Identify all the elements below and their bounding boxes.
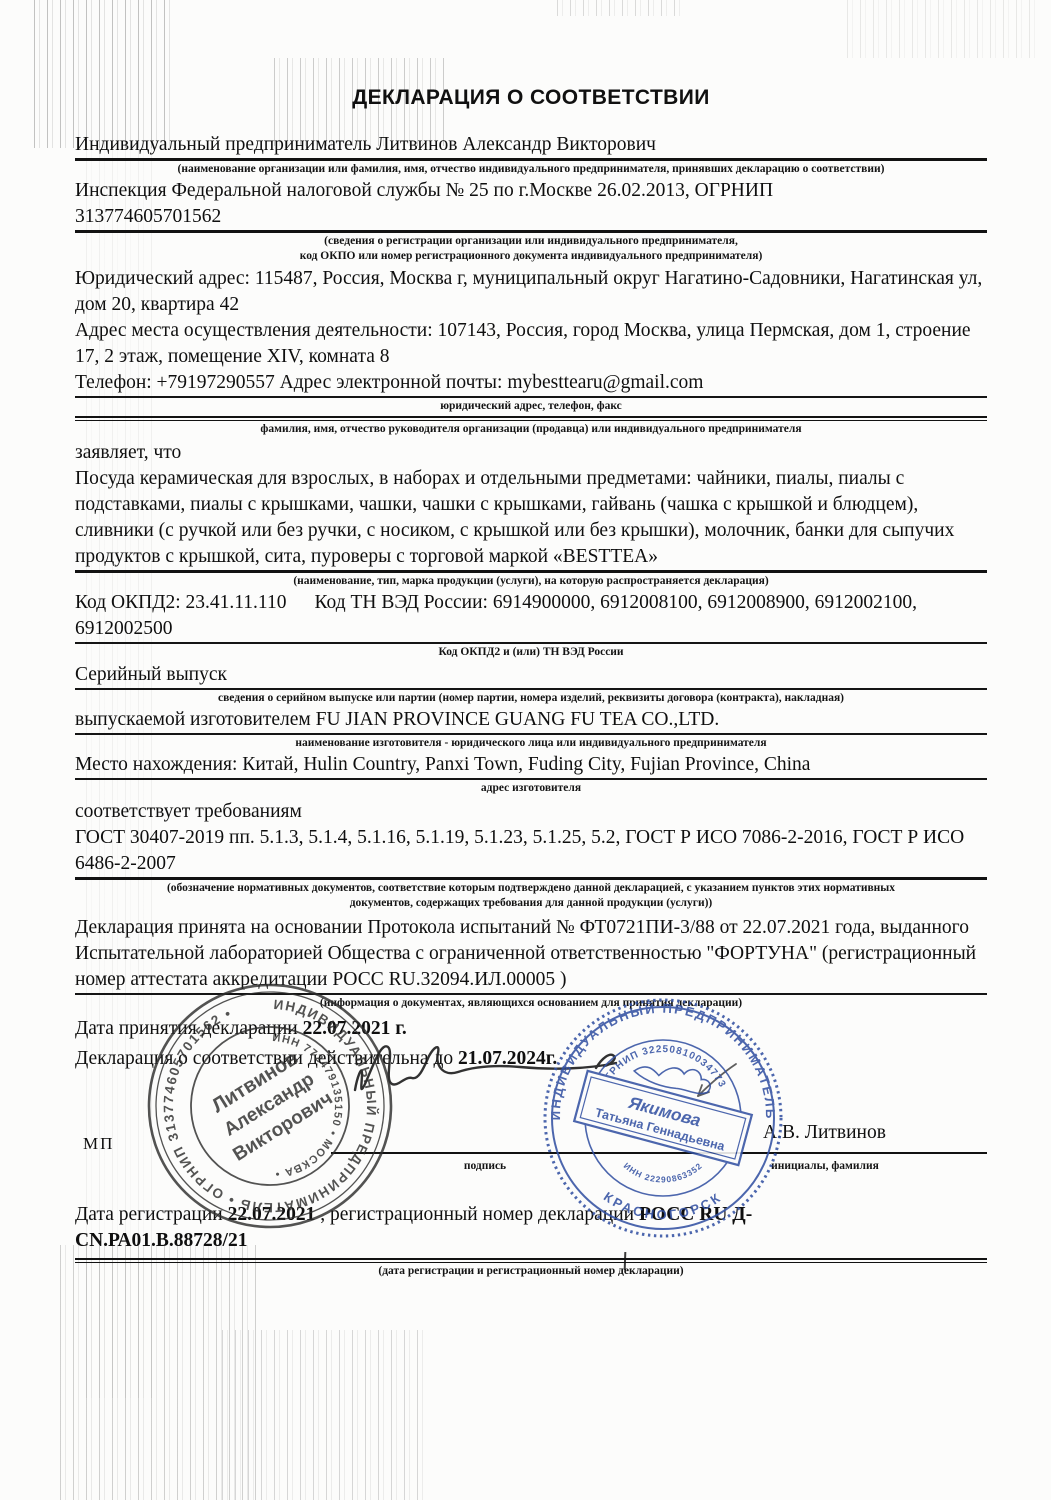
serial-block: Серийный выпуск сведения о серийном выпу… bbox=[75, 662, 987, 705]
scanned-declaration-page: ДЕКЛАРАЦИЯ О СООТВЕТСТВИИ Индивидуальный… bbox=[0, 0, 1051, 1500]
mp-seal-label: МП bbox=[83, 1134, 114, 1154]
ogrnip-number: 313774605701562 bbox=[75, 206, 221, 227]
head-caption: фамилия, имя, отчество руководителя орга… bbox=[75, 421, 987, 436]
blue-stamp-inn-text: ИНН 22290863352 bbox=[622, 1160, 705, 1184]
blue-round-stamp-yakimova: ИНДИВИДУАЛЬНЫЙ ПРЕДПРИНИМАТЕЛЬ КРАСНОГОР… bbox=[538, 996, 788, 1240]
okpd2-code: Код ОКПД2: 23.41.11.110 bbox=[75, 592, 286, 613]
registration-info: Инспекция Федеральной налоговой службы №… bbox=[75, 178, 987, 233]
product-block: заявляет, что Посуда керамическая для вз… bbox=[75, 440, 987, 588]
registration-info-block: Инспекция Федеральной налоговой службы №… bbox=[75, 178, 987, 263]
activity-address: Адрес места осуществления деятельности: … bbox=[75, 318, 987, 370]
registration-number-caption: (дата регистрации и регистрационный номе… bbox=[75, 1263, 987, 1278]
registration-authority: Инспекция Федеральной налоговой службы №… bbox=[75, 180, 773, 201]
declares-label: заявляет, что bbox=[75, 440, 987, 466]
conforms-label: соответствует требованиям bbox=[75, 799, 987, 825]
scan-streaks-top-center bbox=[555, 0, 685, 16]
product-description: Посуда керамическая для взрослых, в набо… bbox=[75, 466, 987, 573]
blue-stamp-bottom-arc-text: КРАСНОГОРСК bbox=[601, 1189, 725, 1222]
standards-caption-1: (обозначение нормативных документов, соо… bbox=[75, 880, 987, 895]
legal-address: Юридический адрес: 115487, Россия, Москв… bbox=[75, 266, 987, 318]
standards-caption-2: документов, содержащих требования для да… bbox=[75, 895, 987, 910]
standards-block: соответствует требованиям ГОСТ 30407-201… bbox=[75, 799, 987, 910]
manufacturer-line: выпускаемой изготовителем FU JIAN PROVIN… bbox=[75, 707, 987, 735]
standards-list: ГОСТ 30407-2019 пп. 5.1.3, 5.1.4, 5.1.16… bbox=[75, 825, 987, 880]
product-caption: (наименование, тип, марка продукции (усл… bbox=[75, 573, 987, 588]
declarant-name-caption: (наименование организации или фамилия, и… bbox=[75, 161, 987, 176]
scan-streaks-bottom bbox=[220, 1330, 430, 1500]
location-caption: адрес изготовителя bbox=[75, 780, 987, 795]
svg-text:ИНН 22290863352: ИНН 22290863352 bbox=[622, 1160, 705, 1184]
manufacturer-block: выпускаемой изготовителем FU JIAN PROVIN… bbox=[75, 707, 987, 750]
manufacturer-location: Место нахождения: Китай, Hulin Country, … bbox=[75, 752, 987, 780]
registration-caption-2: код ОКПО или номер регистрационного доку… bbox=[75, 248, 987, 263]
codes-line: Код ОКПД2: 23.41.11.110Код ТН ВЭД России… bbox=[75, 590, 987, 644]
svg-text:КРАСНОГОРСК: КРАСНОГОРСК bbox=[601, 1189, 725, 1222]
serial-issue: Серийный выпуск bbox=[75, 662, 987, 690]
serial-caption: сведения о серийном выпуске или партии (… bbox=[75, 690, 987, 705]
black-round-stamp-litvinov: ИНДИВИДУАЛЬНЫЙ ПРЕДПРИНИМАТЕЛЬ • ОГРНИП … bbox=[136, 976, 405, 1237]
declarant-name-block: Индивидуальный предприниматель Литвинов … bbox=[75, 132, 987, 176]
manufacturer-caption: наименование изготовителя - юридического… bbox=[75, 735, 987, 750]
contacts-caption: юридический адрес, телефон, факс bbox=[75, 398, 987, 413]
page-title: ДЕКЛАРАЦИЯ О СООТВЕТСТВИИ bbox=[75, 86, 987, 110]
reg-number-part2: CN.РА01.В.88728/21 bbox=[75, 1230, 247, 1251]
location-block: Место нахождения: Китай, Hulin Country, … bbox=[75, 752, 987, 795]
codes-caption: Код ОКПД2 и (или) ТН ВЭД России bbox=[75, 644, 987, 659]
declarant-name: Индивидуальный предприниматель Литвинов … bbox=[75, 132, 987, 161]
contacts-line: Телефон: +79197290557 Адрес электронной … bbox=[75, 370, 987, 398]
addresses-block: Юридический адрес: 115487, Россия, Москв… bbox=[75, 266, 987, 436]
scan-streaks-top-right bbox=[845, 0, 1035, 58]
registration-caption-1: (сведения о регистрации организации или … bbox=[75, 233, 987, 248]
codes-block: Код ОКПД2: 23.41.11.110Код ТН ВЭД России… bbox=[75, 590, 987, 659]
